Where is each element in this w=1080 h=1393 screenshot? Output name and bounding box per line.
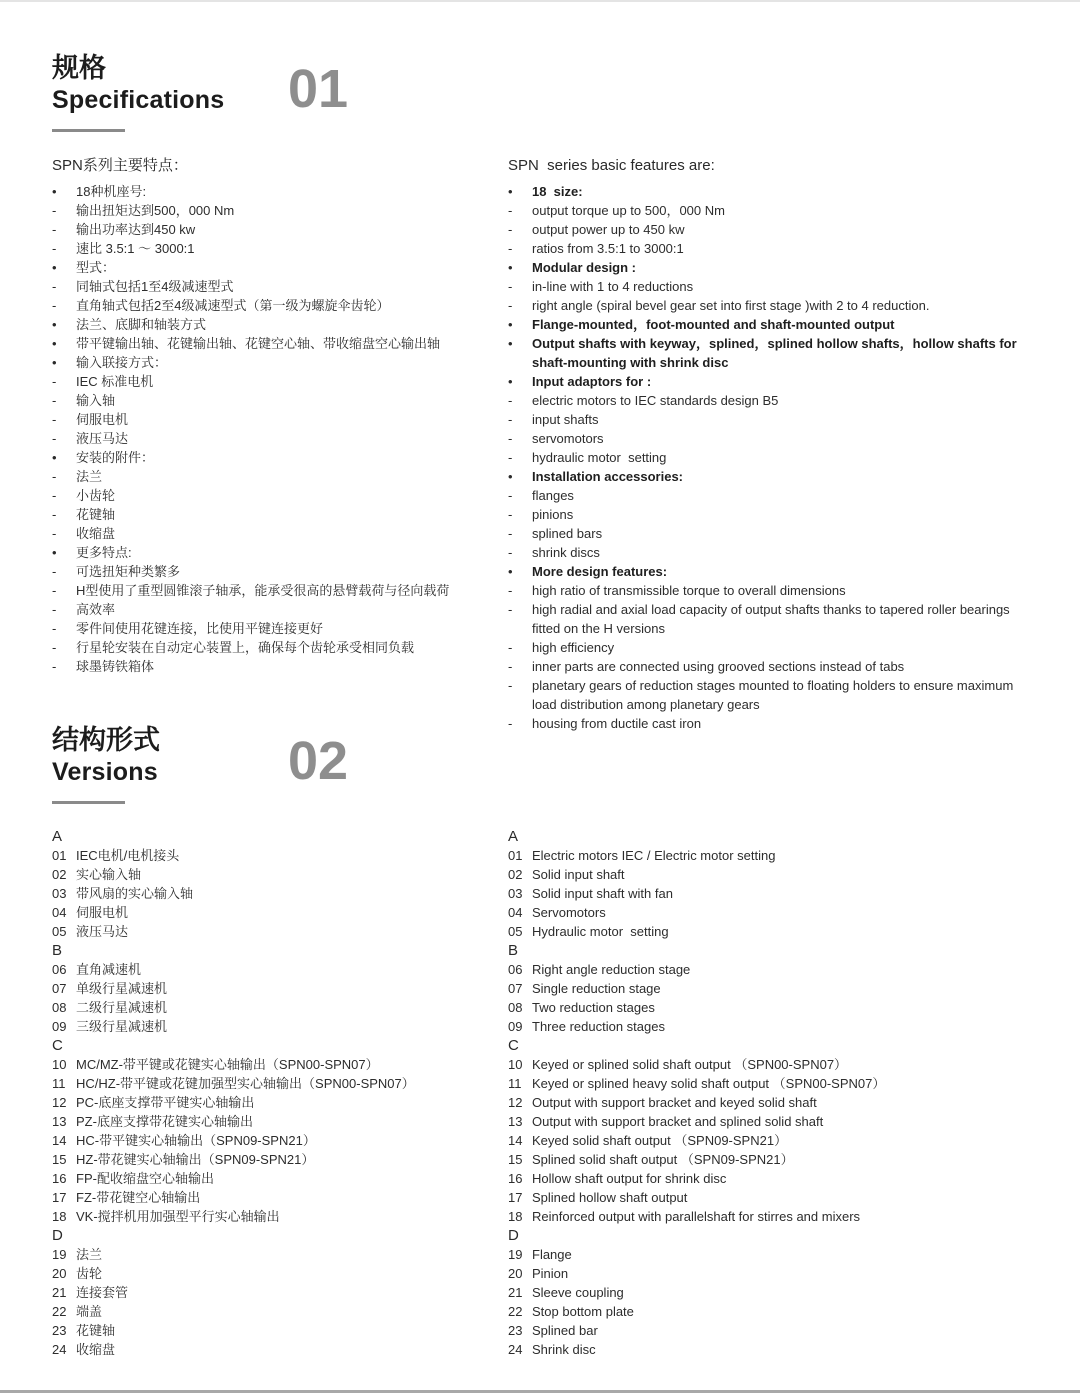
section1-right-feature-list: •18 size:-output torque up to 500，000 Nm… bbox=[508, 182, 1036, 733]
version-item-text: 液压马达 bbox=[76, 922, 497, 941]
feature-item: -花键轴 bbox=[52, 505, 497, 524]
version-item-number: 07 bbox=[52, 979, 76, 998]
version-item: 17Splined hollow shaft output bbox=[508, 1188, 1053, 1207]
dash-marker: - bbox=[508, 201, 532, 220]
feature-item: -速比 3.5:1 ～ 3000:1 bbox=[52, 239, 497, 258]
dash-marker: - bbox=[52, 277, 76, 296]
version-item-text: Splined bar bbox=[532, 1321, 1053, 1340]
version-item: 07Single reduction stage bbox=[508, 979, 1053, 998]
feature-item: -小齿轮 bbox=[52, 486, 497, 505]
feature-item: -输入轴 bbox=[52, 391, 497, 410]
feature-item: -input shafts bbox=[508, 410, 1036, 429]
version-item-number: 17 bbox=[508, 1188, 532, 1207]
dash-marker: - bbox=[52, 562, 76, 581]
feature-item: •型式： bbox=[52, 258, 497, 277]
version-item-text: 伺服电机 bbox=[76, 903, 497, 922]
version-item-text: 收缩盘 bbox=[76, 1340, 497, 1359]
version-item-number: 18 bbox=[508, 1207, 532, 1226]
dash-marker: - bbox=[52, 619, 76, 638]
section1-number: 01 bbox=[288, 62, 348, 116]
section2-divider bbox=[52, 801, 125, 804]
version-group-label: D bbox=[508, 1226, 1053, 1245]
version-item: 12Output with support bracket and keyed … bbox=[508, 1093, 1053, 1112]
feature-text: pinions bbox=[532, 505, 1036, 524]
version-item-text: 花键轴 bbox=[76, 1321, 497, 1340]
version-item-text: 单级行星减速机 bbox=[76, 979, 497, 998]
version-item-text: Three reduction stages bbox=[532, 1017, 1053, 1036]
version-item-text: Hollow shaft output for shrink disc bbox=[532, 1169, 1053, 1188]
version-item-text: Output with support bracket and keyed so… bbox=[532, 1093, 1053, 1112]
feature-text: 输出扭矩达到500，000 Nm bbox=[76, 201, 497, 220]
version-item-number: 04 bbox=[52, 903, 76, 922]
section1-left-column: SPN系列主要特点： •18种机座号:-输出扭矩达到500，000 Nm-输出功… bbox=[52, 156, 497, 676]
feature-text: Input adaptors for : bbox=[532, 372, 1036, 391]
feature-item: -high radial and axial load capacity of … bbox=[508, 600, 1036, 638]
version-item-number: 08 bbox=[508, 998, 532, 1017]
dash-marker: - bbox=[508, 277, 532, 296]
version-item-text: Solid input shaft bbox=[532, 865, 1053, 884]
version-item-text: Splined hollow shaft output bbox=[532, 1188, 1053, 1207]
version-item-number: 13 bbox=[52, 1112, 76, 1131]
dash-marker: - bbox=[508, 714, 532, 733]
feature-text: 同轴式包括1至4级减速型式 bbox=[76, 277, 497, 296]
feature-text: 可选扭矩种类繁多 bbox=[76, 562, 497, 581]
version-item: 02Solid input shaft bbox=[508, 865, 1053, 884]
section1-title-en: Specifications bbox=[52, 85, 224, 115]
version-item-text: Flange bbox=[532, 1245, 1053, 1264]
feature-item: -液压马达 bbox=[52, 429, 497, 448]
dash-marker: - bbox=[508, 410, 532, 429]
feature-item: -housing from ductile cast iron bbox=[508, 714, 1036, 733]
version-item-text: Electric motors IEC / Electric motor set… bbox=[532, 846, 1053, 865]
version-item-number: 18 bbox=[52, 1207, 76, 1226]
version-item-text: FZ-带花键空心轴输出 bbox=[76, 1188, 497, 1207]
section2-header: 结构形式 Versions bbox=[52, 724, 160, 804]
section2-title-zh: 结构形式 bbox=[52, 724, 160, 757]
version-item-number: 24 bbox=[52, 1340, 76, 1359]
version-item: 06直角减速机 bbox=[52, 960, 497, 979]
version-item: 16Hollow shaft output for shrink disc bbox=[508, 1169, 1053, 1188]
version-item-text: Solid input shaft with fan bbox=[532, 884, 1053, 903]
version-item-text: Single reduction stage bbox=[532, 979, 1053, 998]
dash-marker: - bbox=[52, 391, 76, 410]
version-item: 24Shrink disc bbox=[508, 1340, 1053, 1359]
version-group-label: B bbox=[508, 941, 1053, 960]
version-item-number: 23 bbox=[52, 1321, 76, 1340]
version-item-text: Shrink disc bbox=[532, 1340, 1053, 1359]
feature-item: -输出功率达到450 kw bbox=[52, 220, 497, 239]
feature-text: 直角轴式包括2至4级减速型式（第一级为螺旋伞齿轮） bbox=[76, 296, 497, 315]
version-item: 14HC-带平键实心轴输出（SPN09-SPN21） bbox=[52, 1131, 497, 1150]
feature-text: H型使用了重型圆锥滚子轴承，能承受很高的悬臂载荷与径向载荷 bbox=[76, 581, 497, 600]
version-item-text: 齿轮 bbox=[76, 1264, 497, 1283]
version-item-number: 08 bbox=[52, 998, 76, 1017]
feature-text: 零件间使用花键连接，比使用平键连接更好 bbox=[76, 619, 497, 638]
version-group-label: A bbox=[508, 827, 1053, 846]
version-item-number: 09 bbox=[508, 1017, 532, 1036]
dash-marker: - bbox=[52, 239, 76, 258]
version-item-number: 20 bbox=[508, 1264, 532, 1283]
version-item-number: 02 bbox=[508, 865, 532, 884]
dash-marker: - bbox=[508, 505, 532, 524]
version-item-number: 07 bbox=[508, 979, 532, 998]
version-item: 15HZ-带花键实心轴输出（SPN09-SPN21） bbox=[52, 1150, 497, 1169]
version-item-number: 06 bbox=[52, 960, 76, 979]
feature-item: -法兰 bbox=[52, 467, 497, 486]
dash-marker: - bbox=[52, 429, 76, 448]
feature-text: 输入轴 bbox=[76, 391, 497, 410]
feature-text: high efficiency bbox=[532, 638, 1036, 657]
feature-item: -high efficiency bbox=[508, 638, 1036, 657]
feature-text: Installation accessories: bbox=[532, 467, 1036, 486]
version-item: 21Sleeve coupling bbox=[508, 1283, 1053, 1302]
feature-item: -in-line with 1 to 4 reductions bbox=[508, 277, 1036, 296]
version-item-number: 22 bbox=[52, 1302, 76, 1321]
feature-text: output power up to 450 kw bbox=[532, 220, 1036, 239]
version-item-number: 14 bbox=[52, 1131, 76, 1150]
version-item-text: Two reduction stages bbox=[532, 998, 1053, 1017]
dash-marker: - bbox=[508, 220, 532, 239]
feature-item: -收缩盘 bbox=[52, 524, 497, 543]
section2-left-version-list: A01IEC电机/电机接头02实心输入轴03带风扇的实心输入轴04伺服电机05液… bbox=[52, 827, 497, 1359]
version-item-text: IEC电机/电机接头 bbox=[76, 846, 497, 865]
version-item-number: 19 bbox=[52, 1245, 76, 1264]
feature-text: shrink discs bbox=[532, 543, 1036, 562]
version-item-text: 直角减速机 bbox=[76, 960, 497, 979]
feature-item: •Installation accessories: bbox=[508, 467, 1036, 486]
dash-marker: - bbox=[52, 372, 76, 391]
version-item: 10MC/MZ-带平键或花键实心轴输出（SPN00-SPN07） bbox=[52, 1055, 497, 1074]
bullet-marker: • bbox=[52, 182, 76, 201]
feature-item: -planetary gears of reduction stages mou… bbox=[508, 676, 1036, 714]
version-item-text: 连接套管 bbox=[76, 1283, 497, 1302]
version-item: 23Splined bar bbox=[508, 1321, 1053, 1340]
version-item-number: 24 bbox=[508, 1340, 532, 1359]
bullet-marker: • bbox=[508, 334, 532, 372]
dash-marker: - bbox=[508, 429, 532, 448]
version-item-text: 法兰 bbox=[76, 1245, 497, 1264]
dash-marker: - bbox=[52, 638, 76, 657]
dash-marker: - bbox=[508, 239, 532, 258]
version-item-text: PZ-底座支撑带花键实心轴输出 bbox=[76, 1112, 497, 1131]
feature-item: •18 size: bbox=[508, 182, 1036, 201]
dash-marker: - bbox=[508, 600, 532, 638]
feature-text: 安装的附件： bbox=[76, 448, 497, 467]
version-item: 05液压马达 bbox=[52, 922, 497, 941]
dash-marker: - bbox=[52, 600, 76, 619]
version-item-number: 09 bbox=[52, 1017, 76, 1036]
feature-text: 法兰、底脚和轴装方式 bbox=[76, 315, 497, 334]
version-item: 18VK-搅拌机用加强型平行实心轴输出 bbox=[52, 1207, 497, 1226]
dash-marker: - bbox=[52, 201, 76, 220]
version-item-number: 12 bbox=[52, 1093, 76, 1112]
feature-text: 收缩盘 bbox=[76, 524, 497, 543]
feature-text: 速比 3.5:1 ～ 3000:1 bbox=[76, 239, 497, 258]
version-group-label: C bbox=[508, 1036, 1053, 1055]
section1-header: 规格 Specifications bbox=[52, 52, 224, 132]
dash-marker: - bbox=[52, 410, 76, 429]
feature-text: Modular design : bbox=[532, 258, 1036, 277]
bullet-marker: • bbox=[508, 467, 532, 486]
version-item-text: Keyed solid shaft output （SPN09-SPN21） bbox=[532, 1131, 1053, 1150]
feature-item: -shrink discs bbox=[508, 543, 1036, 562]
version-item-text: 二级行星减速机 bbox=[76, 998, 497, 1017]
feature-item: -输出扭矩达到500，000 Nm bbox=[52, 201, 497, 220]
version-group-label: D bbox=[52, 1226, 497, 1245]
feature-item: •Input adaptors for : bbox=[508, 372, 1036, 391]
version-item-text: 端盖 bbox=[76, 1302, 497, 1321]
feature-text: 18种机座号: bbox=[76, 182, 497, 201]
dash-marker: - bbox=[508, 448, 532, 467]
section2-right-version-list: A01Electric motors IEC / Electric motor … bbox=[508, 827, 1053, 1359]
feature-item: -可选扭矩种类繁多 bbox=[52, 562, 497, 581]
version-item-text: MC/MZ-带平键或花键实心轴输出（SPN00-SPN07） bbox=[76, 1055, 497, 1074]
section1-right-column: SPN series basic features are: •18 size:… bbox=[508, 156, 1036, 733]
version-item-number: 21 bbox=[52, 1283, 76, 1302]
feature-item: -零件间使用花键连接，比使用平键连接更好 bbox=[52, 619, 497, 638]
version-item-text: Output with support bracket and splined … bbox=[532, 1112, 1053, 1131]
version-item-text: Keyed or splined heavy solid shaft outpu… bbox=[532, 1074, 1053, 1093]
section2-title-en: Versions bbox=[52, 757, 160, 787]
version-item-number: 17 bbox=[52, 1188, 76, 1207]
version-item: 01Electric motors IEC / Electric motor s… bbox=[508, 846, 1053, 865]
version-item-number: 11 bbox=[52, 1074, 76, 1093]
dash-marker: - bbox=[52, 467, 76, 486]
feature-item: •More design features: bbox=[508, 562, 1036, 581]
version-item-number: 22 bbox=[508, 1302, 532, 1321]
feature-item: •带平键输出轴、花键输出轴、花键空心轴、带收缩盘空心输出轴 bbox=[52, 334, 497, 353]
version-item-text: Stop bottom plate bbox=[532, 1302, 1053, 1321]
version-item-number: 21 bbox=[508, 1283, 532, 1302]
version-item: 03带风扇的实心输入轴 bbox=[52, 884, 497, 903]
version-item-text: FP-配收缩盘空心轴输出 bbox=[76, 1169, 497, 1188]
version-item-text: 三级行星减速机 bbox=[76, 1017, 497, 1036]
feature-item: -IEC 标准电机 bbox=[52, 372, 497, 391]
feature-text: planetary gears of reduction stages moun… bbox=[532, 676, 1036, 714]
version-item: 12PC-底座支撑带平键实心轴输出 bbox=[52, 1093, 497, 1112]
version-item: 20Pinion bbox=[508, 1264, 1053, 1283]
version-item-number: 13 bbox=[508, 1112, 532, 1131]
version-item: 04伺服电机 bbox=[52, 903, 497, 922]
feature-item: -output power up to 450 kw bbox=[508, 220, 1036, 239]
feature-text: output torque up to 500，000 Nm bbox=[532, 201, 1036, 220]
version-item-number: 10 bbox=[508, 1055, 532, 1074]
feature-text: 伺服电机 bbox=[76, 410, 497, 429]
bullet-marker: • bbox=[52, 258, 76, 277]
version-item: 23花键轴 bbox=[52, 1321, 497, 1340]
version-item-number: 15 bbox=[508, 1150, 532, 1169]
dash-marker: - bbox=[508, 657, 532, 676]
version-item: 03Solid input shaft with fan bbox=[508, 884, 1053, 903]
feature-item: -高效率 bbox=[52, 600, 497, 619]
feature-item: -ratios from 3.5:1 to 3000:1 bbox=[508, 239, 1036, 258]
version-item-number: 05 bbox=[508, 922, 532, 941]
version-item-number: 12 bbox=[508, 1093, 532, 1112]
feature-item: •更多特点: bbox=[52, 543, 497, 562]
version-item: 04Servomotors bbox=[508, 903, 1053, 922]
feature-text: hydraulic motor setting bbox=[532, 448, 1036, 467]
feature-text: 带平键输出轴、花键输出轴、花键空心轴、带收缩盘空心输出轴 bbox=[76, 334, 497, 353]
bullet-marker: • bbox=[508, 182, 532, 201]
version-item: 13Output with support bracket and spline… bbox=[508, 1112, 1053, 1131]
version-item-text: Splined solid shaft output （SPN09-SPN21） bbox=[532, 1150, 1053, 1169]
version-item: 13PZ-底座支撑带花键实心轴输出 bbox=[52, 1112, 497, 1131]
feature-item: •法兰、底脚和轴装方式 bbox=[52, 315, 497, 334]
feature-text: More design features: bbox=[532, 562, 1036, 581]
version-item: 22Stop bottom plate bbox=[508, 1302, 1053, 1321]
dash-marker: - bbox=[508, 543, 532, 562]
section2-number: 02 bbox=[288, 734, 348, 788]
feature-text: 高效率 bbox=[76, 600, 497, 619]
version-item: 01IEC电机/电机接头 bbox=[52, 846, 497, 865]
feature-text: in-line with 1 to 4 reductions bbox=[532, 277, 1036, 296]
feature-item: -行星轮安装在自动定心装置上，确保每个齿轮承受相同负载 bbox=[52, 638, 497, 657]
feature-item: -servomotors bbox=[508, 429, 1036, 448]
version-item-text: Sleeve coupling bbox=[532, 1283, 1053, 1302]
version-item-number: 11 bbox=[508, 1074, 532, 1093]
feature-text: inner parts are connected using grooved … bbox=[532, 657, 1036, 676]
version-group-label: B bbox=[52, 941, 497, 960]
version-item: 09三级行星减速机 bbox=[52, 1017, 497, 1036]
feature-text: ratios from 3.5:1 to 3000:1 bbox=[532, 239, 1036, 258]
feature-item: •Modular design : bbox=[508, 258, 1036, 277]
feature-item: -high ratio of transmissible torque to o… bbox=[508, 581, 1036, 600]
bullet-marker: • bbox=[52, 334, 76, 353]
version-item-number: 03 bbox=[508, 884, 532, 903]
bullet-marker: • bbox=[52, 448, 76, 467]
version-item-text: VK-搅拌机用加强型平行实心轴输出 bbox=[76, 1207, 497, 1226]
version-item-text: Reinforced output with parallelshaft for… bbox=[532, 1207, 1053, 1226]
version-item-number: 02 bbox=[52, 865, 76, 884]
version-item-text: 带风扇的实心输入轴 bbox=[76, 884, 497, 903]
feature-item: -output torque up to 500，000 Nm bbox=[508, 201, 1036, 220]
feature-item: -inner parts are connected using grooved… bbox=[508, 657, 1036, 676]
feature-text: 行星轮安装在自动定心装置上，确保每个齿轮承受相同负载 bbox=[76, 638, 497, 657]
version-item-text: HC-带平键实心轴输出（SPN09-SPN21） bbox=[76, 1131, 497, 1150]
feature-item: •Output shafts with keyway，splined，splin… bbox=[508, 334, 1036, 372]
feature-item: •安装的附件： bbox=[52, 448, 497, 467]
section1-right-heading: SPN series basic features are: bbox=[508, 156, 1036, 175]
section1-divider bbox=[52, 129, 125, 132]
version-item-number: 16 bbox=[52, 1169, 76, 1188]
version-item-number: 15 bbox=[52, 1150, 76, 1169]
feature-text: 更多特点: bbox=[76, 543, 497, 562]
version-item-number: 04 bbox=[508, 903, 532, 922]
feature-item: -hydraulic motor setting bbox=[508, 448, 1036, 467]
feature-text: servomotors bbox=[532, 429, 1036, 448]
feature-item: -right angle (spiral bevel gear set into… bbox=[508, 296, 1036, 315]
version-item-text: PC-底座支撑带平键实心轴输出 bbox=[76, 1093, 497, 1112]
feature-text: Output shafts with keyway，splined，spline… bbox=[532, 334, 1036, 372]
version-item: 11Keyed or splined heavy solid shaft out… bbox=[508, 1074, 1053, 1093]
version-item: 16FP-配收缩盘空心轴输出 bbox=[52, 1169, 497, 1188]
version-item: 07单级行星减速机 bbox=[52, 979, 497, 998]
feature-item: -同轴式包括1至4级减速型式 bbox=[52, 277, 497, 296]
version-group-label: C bbox=[52, 1036, 497, 1055]
feature-text: high ratio of transmissible torque to ov… bbox=[532, 581, 1036, 600]
version-item-text: 实心输入轴 bbox=[76, 865, 497, 884]
version-item: 02实心输入轴 bbox=[52, 865, 497, 884]
feature-text: 液压马达 bbox=[76, 429, 497, 448]
version-item-number: 01 bbox=[508, 846, 532, 865]
dash-marker: - bbox=[508, 296, 532, 315]
version-item: 09Three reduction stages bbox=[508, 1017, 1053, 1036]
version-item-text: HC/HZ-带平键或花键加强型实心轴输出（SPN00-SPN07） bbox=[76, 1074, 497, 1093]
version-item: 10Keyed or splined solid shaft output （S… bbox=[508, 1055, 1053, 1074]
version-item: 14Keyed solid shaft output （SPN09-SPN21） bbox=[508, 1131, 1053, 1150]
feature-item: -flanges bbox=[508, 486, 1036, 505]
version-item: 19Flange bbox=[508, 1245, 1053, 1264]
version-item-number: 23 bbox=[508, 1321, 532, 1340]
feature-text: 输出功率达到450 kw bbox=[76, 220, 497, 239]
version-item: 22端盖 bbox=[52, 1302, 497, 1321]
feature-text: 输入联接方式： bbox=[76, 353, 497, 372]
feature-item: -伺服电机 bbox=[52, 410, 497, 429]
feature-text: right angle (spiral bevel gear set into … bbox=[532, 296, 1036, 315]
version-item: 24收缩盘 bbox=[52, 1340, 497, 1359]
feature-text: electric motors to IEC standards design … bbox=[532, 391, 1036, 410]
version-item-text: HZ-带花键实心轴输出（SPN09-SPN21） bbox=[76, 1150, 497, 1169]
feature-text: 小齿轮 bbox=[76, 486, 497, 505]
feature-item: •Flange-mounted，foot-mounted and shaft-m… bbox=[508, 315, 1036, 334]
version-item-text: Hydraulic motor setting bbox=[532, 922, 1053, 941]
feature-text: Flange-mounted，foot-mounted and shaft-mo… bbox=[532, 315, 1036, 334]
dash-marker: - bbox=[52, 505, 76, 524]
version-item-text: Keyed or splined solid shaft output （SPN… bbox=[532, 1055, 1053, 1074]
page-top-edge bbox=[0, 0, 1080, 2]
version-item: 06Right angle reduction stage bbox=[508, 960, 1053, 979]
version-item: 18Reinforced output with parallelshaft f… bbox=[508, 1207, 1053, 1226]
bullet-marker: • bbox=[52, 315, 76, 334]
version-item: 21连接套管 bbox=[52, 1283, 497, 1302]
bullet-marker: • bbox=[52, 353, 76, 372]
feature-text: 法兰 bbox=[76, 467, 497, 486]
version-item-number: 16 bbox=[508, 1169, 532, 1188]
feature-item: -splined bars bbox=[508, 524, 1036, 543]
dash-marker: - bbox=[508, 676, 532, 714]
dash-marker: - bbox=[52, 296, 76, 315]
version-item: 20齿轮 bbox=[52, 1264, 497, 1283]
bullet-marker: • bbox=[508, 315, 532, 334]
bullet-marker: • bbox=[508, 258, 532, 277]
feature-item: -H型使用了重型圆锥滚子轴承，能承受很高的悬臂载荷与径向载荷 bbox=[52, 581, 497, 600]
bullet-marker: • bbox=[52, 543, 76, 562]
version-item-text: Servomotors bbox=[532, 903, 1053, 922]
version-item-number: 10 bbox=[52, 1055, 76, 1074]
section1-title-zh: 规格 bbox=[52, 52, 224, 85]
feature-text: high radial and axial load capacity of o… bbox=[532, 600, 1036, 638]
feature-item: -球墨铸铁箱体 bbox=[52, 657, 497, 676]
version-item-number: 20 bbox=[52, 1264, 76, 1283]
version-group-label: A bbox=[52, 827, 497, 846]
version-item: 15Splined solid shaft output （SPN09-SPN2… bbox=[508, 1150, 1053, 1169]
section1-left-heading: SPN系列主要特点： bbox=[52, 156, 497, 175]
version-item-number: 06 bbox=[508, 960, 532, 979]
feature-text: input shafts bbox=[532, 410, 1036, 429]
dash-marker: - bbox=[52, 657, 76, 676]
feature-text: 球墨铸铁箱体 bbox=[76, 657, 497, 676]
bullet-marker: • bbox=[508, 372, 532, 391]
version-item: 11HC/HZ-带平键或花键加强型实心轴输出（SPN00-SPN07） bbox=[52, 1074, 497, 1093]
version-item-number: 03 bbox=[52, 884, 76, 903]
dash-marker: - bbox=[52, 486, 76, 505]
dash-marker: - bbox=[508, 638, 532, 657]
feature-text: 型式： bbox=[76, 258, 497, 277]
dash-marker: - bbox=[52, 524, 76, 543]
dash-marker: - bbox=[52, 220, 76, 239]
feature-text: IEC 标准电机 bbox=[76, 372, 497, 391]
version-item: 17FZ-带花键空心轴输出 bbox=[52, 1188, 497, 1207]
